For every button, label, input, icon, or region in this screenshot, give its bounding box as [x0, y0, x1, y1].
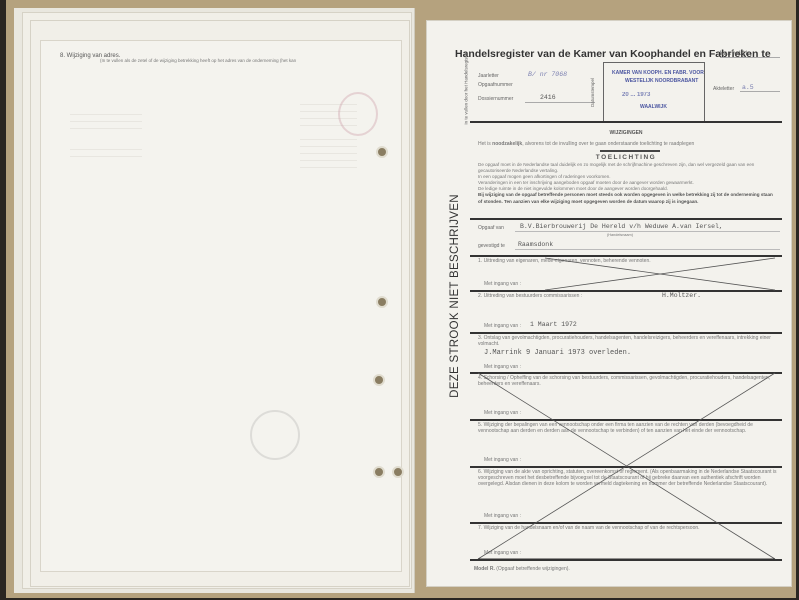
section-text: Wijziging der bepalingen van een vennoot…	[478, 422, 753, 434]
opgaaf-line	[515, 231, 780, 232]
left-section-note: (In te vullen als de zetel of de wijzigi…	[100, 58, 296, 63]
section-text: Uittreding van bestuurders commissarisse…	[484, 293, 583, 299]
header-divider	[470, 121, 782, 123]
section-3-text: 3. Ontslag van gevolmachtigden, procurat…	[478, 335, 778, 347]
punch-hole	[373, 374, 385, 386]
wijzigingen-heading: WIJZIGINGEN	[470, 130, 782, 136]
jaarletter-label: Jaarletter	[478, 73, 499, 79]
no-write-strip: DEZE STROOK NIET BESCHRIJVEN	[445, 180, 467, 420]
jaarletter-value: B/ nr 7068	[528, 71, 567, 78]
section-text: Uittreding van eigenaren, mede-eigenaren…	[484, 258, 651, 264]
section-6-ingang: Met ingang van :	[484, 513, 521, 519]
section-1-ingang: Met ingang van :	[484, 281, 521, 287]
punch-hole	[376, 296, 388, 308]
opgaafnummer-label: Opgaafnummer	[478, 82, 513, 88]
section-7-ingang: Met ingang van :	[484, 550, 521, 556]
punch-hole	[376, 146, 388, 158]
section-7-bottom	[470, 559, 782, 561]
akteletter-label: Akteletter	[713, 86, 734, 92]
section-6-divider	[470, 466, 782, 468]
section-4-divider	[470, 372, 782, 374]
section-4-text: 4. Schorsing / Opheffing van de schorsin…	[478, 375, 778, 387]
handelsnaam-sublabel: (Handelsnaam)	[607, 233, 633, 237]
model-code: Model R.	[474, 566, 495, 572]
location-label: gevestigd te	[478, 243, 505, 249]
section-2-ingang: Met ingang van :	[484, 323, 521, 329]
model-desc: (Opgaaf betreffende wijzigingen).	[496, 566, 570, 572]
stamp-line: 20 ... 1973	[622, 92, 650, 98]
section-5-text: 5. Wijziging der bepalingen van een venn…	[478, 422, 778, 434]
dossier-line	[525, 102, 595, 103]
opgaaf-value: B.V.Bierbrouwerij De Hereld v/h Weduwe A…	[520, 223, 723, 230]
toelichting-line: De opgaaf moet in de Nederlandse taal du…	[478, 162, 778, 174]
toelichting-rule	[600, 150, 660, 152]
dossiernummer-label: Dossiernummer	[478, 96, 513, 102]
section-text: Wijziging van de akte van oprichting, st…	[478, 469, 777, 487]
section-5-ingang: Met ingang van :	[484, 457, 521, 463]
intro-bold: noodzakelijk	[492, 141, 522, 147]
opgaaf-label: Opgaaf van	[478, 225, 504, 231]
section-5-divider	[470, 419, 782, 421]
location-line	[515, 249, 780, 250]
section-3-divider	[470, 332, 782, 334]
section-1-divider	[470, 255, 782, 257]
punch-hole	[392, 466, 404, 478]
stamp-line: WAALWIJK	[640, 104, 667, 110]
section-text: Schorsing / Opheffing van de schorsing v…	[478, 375, 770, 387]
section-7-text: 7. Wijziging van de handelsnaam en/of va…	[478, 525, 700, 531]
section-2-value: H.Moltzer.	[662, 292, 701, 299]
section-2-divider	[470, 290, 782, 292]
toelichting-bold: Bij wijziging van de opgaaf betreffende …	[478, 192, 773, 203]
section-2-ingang-value: 1 Maart 1972	[530, 321, 577, 328]
section-number: 7.	[478, 525, 482, 531]
intro-pre: Het is	[478, 141, 492, 147]
model-footer: Model R. (Opgaaf betreffende wijzigingen…	[474, 566, 570, 572]
section-number: 2.	[478, 293, 482, 299]
strip-label: DEZE STROOK NIET BESCHRIJVEN	[449, 176, 461, 416]
section-6-text: 6. Wijziging van de akte van oprichting,…	[478, 469, 778, 487]
city-field: Waalwijk.	[720, 50, 780, 58]
section-text: Wijziging van de handelsnaam en/of van d…	[484, 525, 700, 531]
section-4-ingang: Met ingang van :	[484, 410, 521, 416]
faint-stamp	[250, 410, 300, 460]
section-7-divider	[470, 522, 782, 524]
section-number: 1.	[478, 258, 482, 264]
opgaaf-divider	[470, 218, 782, 220]
punch-hole	[373, 466, 385, 478]
faint-stamp	[338, 92, 378, 136]
section-3-value: J.Marrink 9 Januari 1973 overleden.	[484, 349, 631, 357]
toelichting-body: De opgaaf moet in de Nederlandse taal du…	[478, 162, 778, 205]
section-text: Ontslag van gevolmachtigden, procuratieh…	[478, 335, 771, 347]
bleed-through-text: ________________________ _______________…	[70, 110, 142, 159]
wijzigingen-intro: Het is noodzakelijk, alvorens tot de inv…	[478, 141, 694, 147]
intro-post: , alvorens tot de invulling over te gaan…	[522, 141, 694, 147]
akteletter-line	[740, 91, 780, 92]
section-2-text: 2. Uittreding van bestuurders commissari…	[478, 293, 582, 299]
stamp-line: KAMER VAN KOOPH. EN FABR. VOOR	[612, 70, 704, 76]
stamp-line: WESTELIJK NOORDBRABANT	[625, 78, 698, 84]
section-3-ingang: Met ingang van :	[484, 364, 521, 370]
datumstempel-label: Datumstempel	[590, 78, 595, 107]
location-value: Raamsdonk	[518, 241, 553, 248]
register-side-note: In te vullen door het Handelsregister	[464, 52, 469, 124]
toelichting-heading: TOELICHTING	[470, 154, 782, 161]
akteletter-value: a.5	[742, 84, 754, 91]
section-1-text: 1. Uittreding van eigenaren, mede-eigena…	[478, 258, 651, 264]
dossiernummer-value: 2416	[540, 94, 556, 101]
